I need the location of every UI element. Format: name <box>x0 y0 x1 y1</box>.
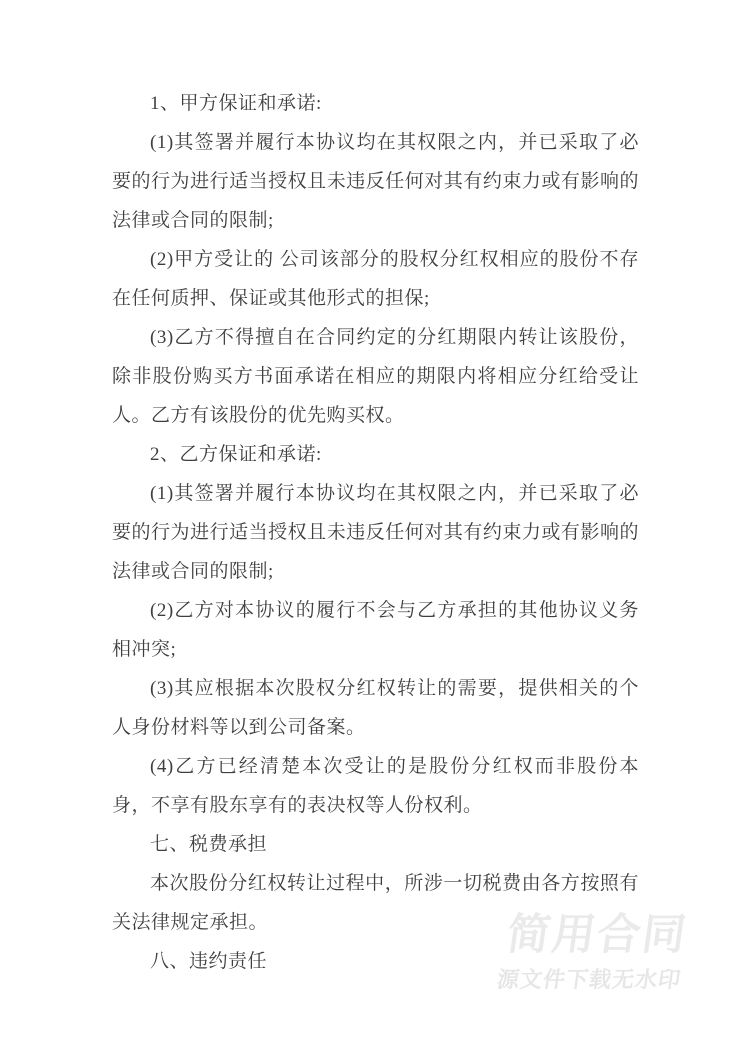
contract-page: 1、甲方保证和承诺: (1)其签署并履行本协议均在其权限之内，并已采取了必要的行… <box>0 0 742 1049</box>
contract-body: 1、甲方保证和承诺: (1)其签署并履行本协议均在其权限之内，并已采取了必要的行… <box>112 84 639 981</box>
clause-party-a-heading: 1、甲方保证和承诺: <box>112 84 639 123</box>
clause-party-b-item-2: (2)乙方对本协议的履行不会与乙方承担的其他协议义务相冲突; <box>112 591 639 669</box>
clause-party-a-item-3: (3)乙方不得擅自在合同约定的分红期限内转让该股份，除非股份购买方书面承诺在相应… <box>112 318 639 435</box>
section-eight-heading: 八、违约责任 <box>112 942 639 981</box>
clause-party-b-item-1: (1)其签署并履行本协议均在其权限之内，并已采取了必要的行为进行适当授权且未违反… <box>112 474 639 591</box>
section-seven-body: 本次股份分红权转让过程中，所涉一切税费由各方按照有关法律规定承担。 <box>112 864 639 942</box>
clause-party-b-item-4: (4)乙方已经清楚本次受让的是股份分红权而非股份本身，不享有股东享有的表决权等人… <box>112 747 639 825</box>
clause-party-b-item-3: (3)其应根据本次股权分红权转让的需要，提供相关的个人身份材料等以到公司备案。 <box>112 669 639 747</box>
section-seven-heading: 七、税费承担 <box>112 825 639 864</box>
clause-party-a-item-1: (1)其签署并履行本协议均在其权限之内，并已采取了必要的行为进行适当授权且未违反… <box>112 123 639 240</box>
clause-party-a-item-2: (2)甲方受让的 公司该部分的股权分红权相应的股份不存在任何质押、保证或其他形式… <box>112 240 639 318</box>
clause-party-b-heading: 2、乙方保证和承诺: <box>112 435 639 474</box>
